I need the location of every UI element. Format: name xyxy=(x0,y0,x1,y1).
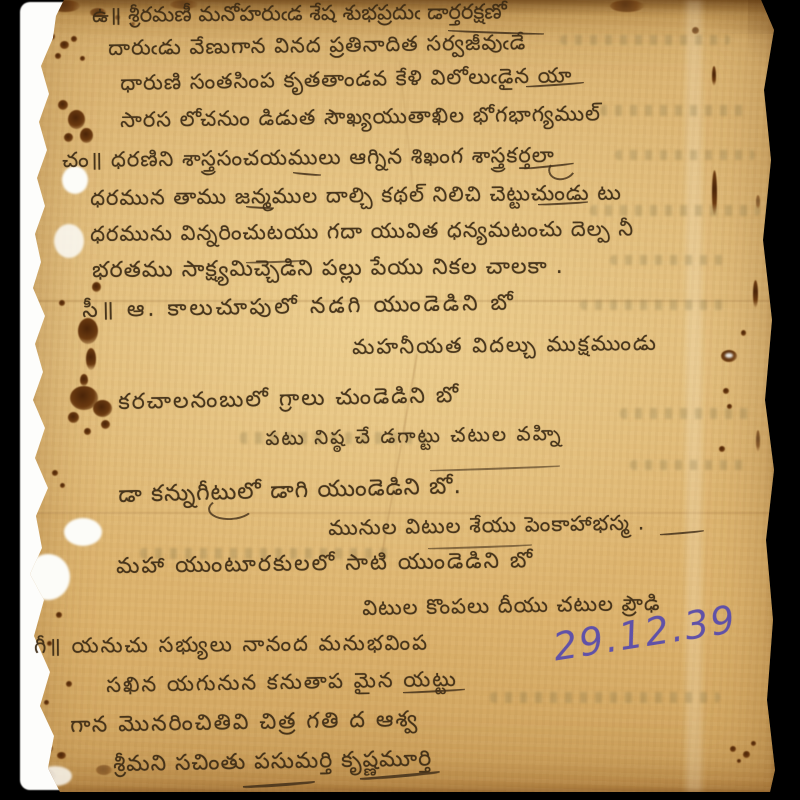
bleed-through xyxy=(620,408,750,419)
ink-stain xyxy=(92,282,101,292)
ink-stain xyxy=(44,700,49,705)
ink-stain xyxy=(730,746,736,752)
ink-stain xyxy=(692,27,699,34)
paper-hole xyxy=(64,518,102,546)
bleed-through xyxy=(490,692,720,703)
bleed-through xyxy=(240,432,430,444)
manuscript-scan: ఉ॥ శ్రీరమణీ మనోహరుఁడ శేష శుభప్రదుఁ డార్త… xyxy=(0,0,800,800)
ink-stain xyxy=(756,195,760,209)
bleed-through xyxy=(630,460,750,470)
ink-stain xyxy=(96,765,112,775)
ink-stain xyxy=(101,420,110,429)
ink-stain xyxy=(727,404,732,409)
crease-line xyxy=(686,0,702,792)
paper-hole xyxy=(54,224,84,258)
ink-stain xyxy=(58,100,68,110)
crease-line xyxy=(26,512,776,514)
ink-stain xyxy=(52,470,58,476)
ink-stain xyxy=(170,0,198,9)
ink-stain xyxy=(59,300,65,306)
ink-stain xyxy=(610,0,644,12)
bleed-through xyxy=(610,255,730,265)
ink-stain xyxy=(64,133,73,142)
bleed-through xyxy=(140,548,390,559)
bleed-through xyxy=(615,150,755,160)
paper-hole xyxy=(62,166,88,194)
ink-stain xyxy=(80,374,88,386)
ink-stain xyxy=(56,612,62,618)
ink-stain xyxy=(84,428,91,435)
ink-stain xyxy=(55,53,61,59)
ink-stain xyxy=(723,388,729,394)
bleed-through xyxy=(580,300,730,310)
ink-stain xyxy=(751,741,756,746)
ink-stain xyxy=(68,412,79,423)
ink-stain xyxy=(712,170,717,216)
ink-stain xyxy=(60,483,65,488)
ink-stain xyxy=(57,752,66,759)
ink-stain xyxy=(719,446,725,452)
glossy-spot-highlight xyxy=(725,353,733,358)
ink-stain xyxy=(68,110,85,129)
ink-stain xyxy=(115,15,120,20)
ink-stain xyxy=(131,22,135,26)
ink-stain xyxy=(78,318,98,344)
ink-stain xyxy=(80,56,85,61)
ink-stain xyxy=(80,128,93,143)
ink-stain xyxy=(71,36,77,42)
ink-stain xyxy=(90,8,106,17)
ink-stain xyxy=(737,759,741,763)
ink-stain xyxy=(93,400,112,417)
ink-stain xyxy=(743,751,750,758)
ink-stain xyxy=(60,41,69,49)
ink-stain xyxy=(741,330,746,336)
bleed-through xyxy=(590,205,760,216)
ink-stain xyxy=(712,66,716,86)
ink-stain xyxy=(66,681,72,687)
right-edge-shadow xyxy=(748,0,776,90)
bleed-through xyxy=(560,35,730,45)
ink-stain xyxy=(47,641,52,646)
paper-grain-texture xyxy=(26,0,776,792)
bleed-through xyxy=(600,105,750,116)
ink-stain xyxy=(756,430,760,452)
paper-sheet xyxy=(26,0,776,792)
ink-stain xyxy=(753,280,758,308)
top-right-corner-shadow xyxy=(656,0,800,34)
ink-stain xyxy=(86,348,96,370)
